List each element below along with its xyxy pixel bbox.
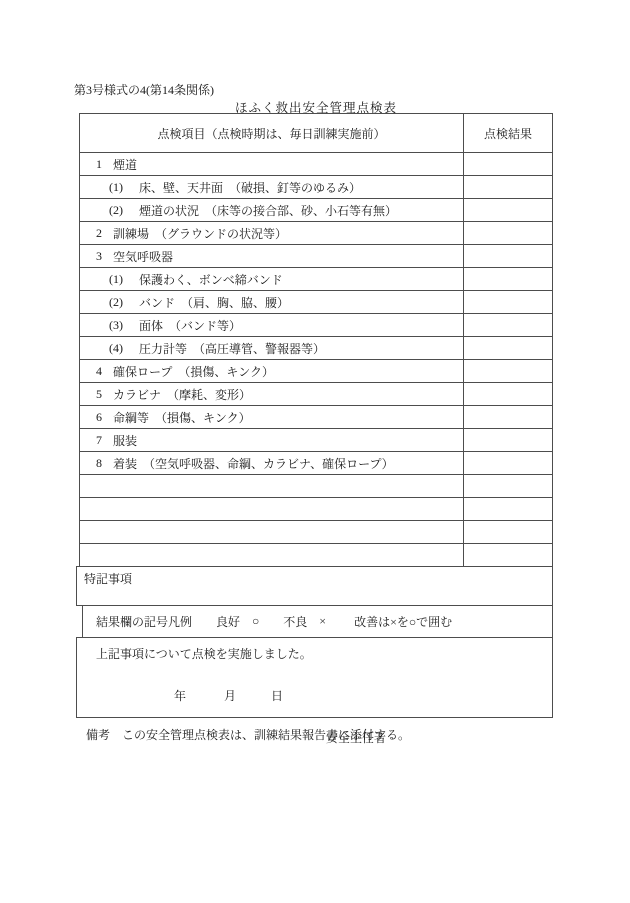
result-cell	[464, 521, 552, 543]
item-number: 6	[96, 410, 113, 425]
item-label: 確保ロープ （損傷、キンク）	[113, 363, 274, 380]
item-label: 保護わく、ボンベ締バンド	[139, 271, 283, 288]
table-row: (1)床、壁、天井面 （破損、釘等のゆるみ）	[80, 176, 552, 199]
legend-good-label: 良好	[216, 613, 240, 630]
legend-bad-symbol: ×	[319, 614, 326, 629]
item-label: バンド （肩、胸、脇、腰）	[139, 294, 289, 311]
table-row-empty	[80, 498, 552, 521]
month-label: 月	[224, 689, 236, 703]
table-row: (1)保護わく、ボンベ締バンド	[80, 268, 552, 291]
result-cell	[464, 360, 552, 382]
item-number: 8	[96, 456, 113, 471]
remark-note: 備考 この安全管理点検表は、訓練結果報告書に添付する。	[86, 726, 410, 743]
item-number: (2)	[109, 203, 139, 218]
table-row-empty	[80, 544, 552, 566]
result-cell	[464, 222, 552, 244]
legend-bad-label: 不良	[283, 613, 307, 630]
item-number: 5	[96, 387, 113, 402]
result-cell	[464, 245, 552, 267]
result-cell	[464, 199, 552, 221]
table-row: (3)面体 （バンド等）	[80, 314, 552, 337]
day-label: 日	[271, 689, 283, 703]
table-header-row: 点検項目（点検時期は、毎日訓練実施前） 点検結果	[80, 114, 552, 153]
item-number: 3	[96, 249, 113, 264]
result-cell	[464, 544, 552, 566]
table-row-empty	[80, 521, 552, 544]
result-cell	[464, 498, 552, 520]
table-row: 2訓練場 （グラウンドの状況等）	[80, 222, 552, 245]
item-label: 煙道	[113, 156, 137, 173]
signature-box: 上記事項について点検を実施しました。 年月日 安全主任者	[76, 637, 553, 718]
document-page: 第3号様式の4(第14条関係) ほふく救出安全管理点検表 点検項目（点検時期は、…	[0, 0, 630, 903]
table-row: 4確保ロープ （損傷、キンク）	[80, 360, 552, 383]
result-cell	[464, 337, 552, 359]
result-cell	[464, 452, 552, 474]
item-label: 圧力計等 （高圧導管、警報器等）	[139, 340, 325, 357]
column-header-result: 点検結果	[464, 114, 552, 152]
item-label: 訓練場 （グラウンドの状況等）	[113, 225, 287, 242]
item-label: 服装	[113, 432, 137, 449]
legend-improve-note: 改善は×を○で囲む	[354, 613, 452, 630]
result-cell	[464, 475, 552, 497]
legend-good-symbol: ○	[252, 614, 259, 629]
table-row: 5カラビナ （摩耗、変形）	[80, 383, 552, 406]
result-cell	[464, 314, 552, 336]
table-row: 1煙道	[80, 153, 552, 176]
item-label: 空気呼吸器	[113, 248, 173, 265]
item-label: 命綱等 （損傷、キンク）	[113, 409, 251, 426]
date-line: 年月日	[77, 672, 552, 719]
inspection-statement: 上記事項について点検を実施しました。	[77, 645, 552, 662]
result-cell	[464, 383, 552, 405]
table-row: 8着装 （空気呼吸器、命綱、カラビナ、確保ロープ）	[80, 452, 552, 475]
item-label: 面体 （バンド等）	[139, 317, 241, 334]
item-number: (1)	[109, 180, 139, 195]
year-label: 年	[174, 689, 186, 703]
result-cell	[464, 176, 552, 198]
special-notes-box: 特記事項	[76, 566, 553, 606]
item-number: (4)	[109, 341, 139, 356]
result-cell	[464, 268, 552, 290]
item-number: 7	[96, 433, 113, 448]
table-row: (4)圧力計等 （高圧導管、警報器等）	[80, 337, 552, 360]
result-cell	[464, 406, 552, 428]
table-row: 7服装	[80, 429, 552, 452]
item-number: 2	[96, 226, 113, 241]
table-row: (2)バンド （肩、胸、脇、腰）	[80, 291, 552, 314]
result-cell	[464, 291, 552, 313]
table-row-empty	[80, 475, 552, 498]
form-number-label: 第3号様式の4(第14条関係)	[74, 81, 214, 98]
inspection-table: 点検項目（点検時期は、毎日訓練実施前） 点検結果 1煙道 (1)床、壁、天井面 …	[79, 113, 553, 567]
column-header-items: 点検項目（点検時期は、毎日訓練実施前）	[80, 114, 464, 152]
item-number: 1	[96, 157, 113, 172]
item-number: (1)	[109, 272, 139, 287]
legend-label: 結果欄の記号凡例	[96, 613, 192, 630]
table-row: (2)煙道の状況 （床等の接合部、砂、小石等有無）	[80, 199, 552, 222]
item-number: (2)	[109, 295, 139, 310]
item-number: 4	[96, 364, 113, 379]
table-row: 6命綱等 （損傷、キンク）	[80, 406, 552, 429]
item-label: 床、壁、天井面 （破損、釘等のゆるみ）	[139, 179, 361, 196]
table-row: 3空気呼吸器	[80, 245, 552, 268]
item-label: 着装 （空気呼吸器、命綱、カラビナ、確保ロープ）	[113, 455, 394, 472]
result-cell	[464, 153, 552, 175]
item-label: カラビナ （摩耗、変形）	[113, 386, 251, 403]
item-label: 煙道の状況 （床等の接合部、砂、小石等有無）	[139, 202, 397, 219]
item-number: (3)	[109, 318, 139, 333]
special-notes-label: 特記事項	[84, 572, 132, 586]
result-cell	[464, 429, 552, 451]
result-legend-row: 結果欄の記号凡例 良好 ○ 不良 × 改善は×を○で囲む	[82, 605, 553, 638]
